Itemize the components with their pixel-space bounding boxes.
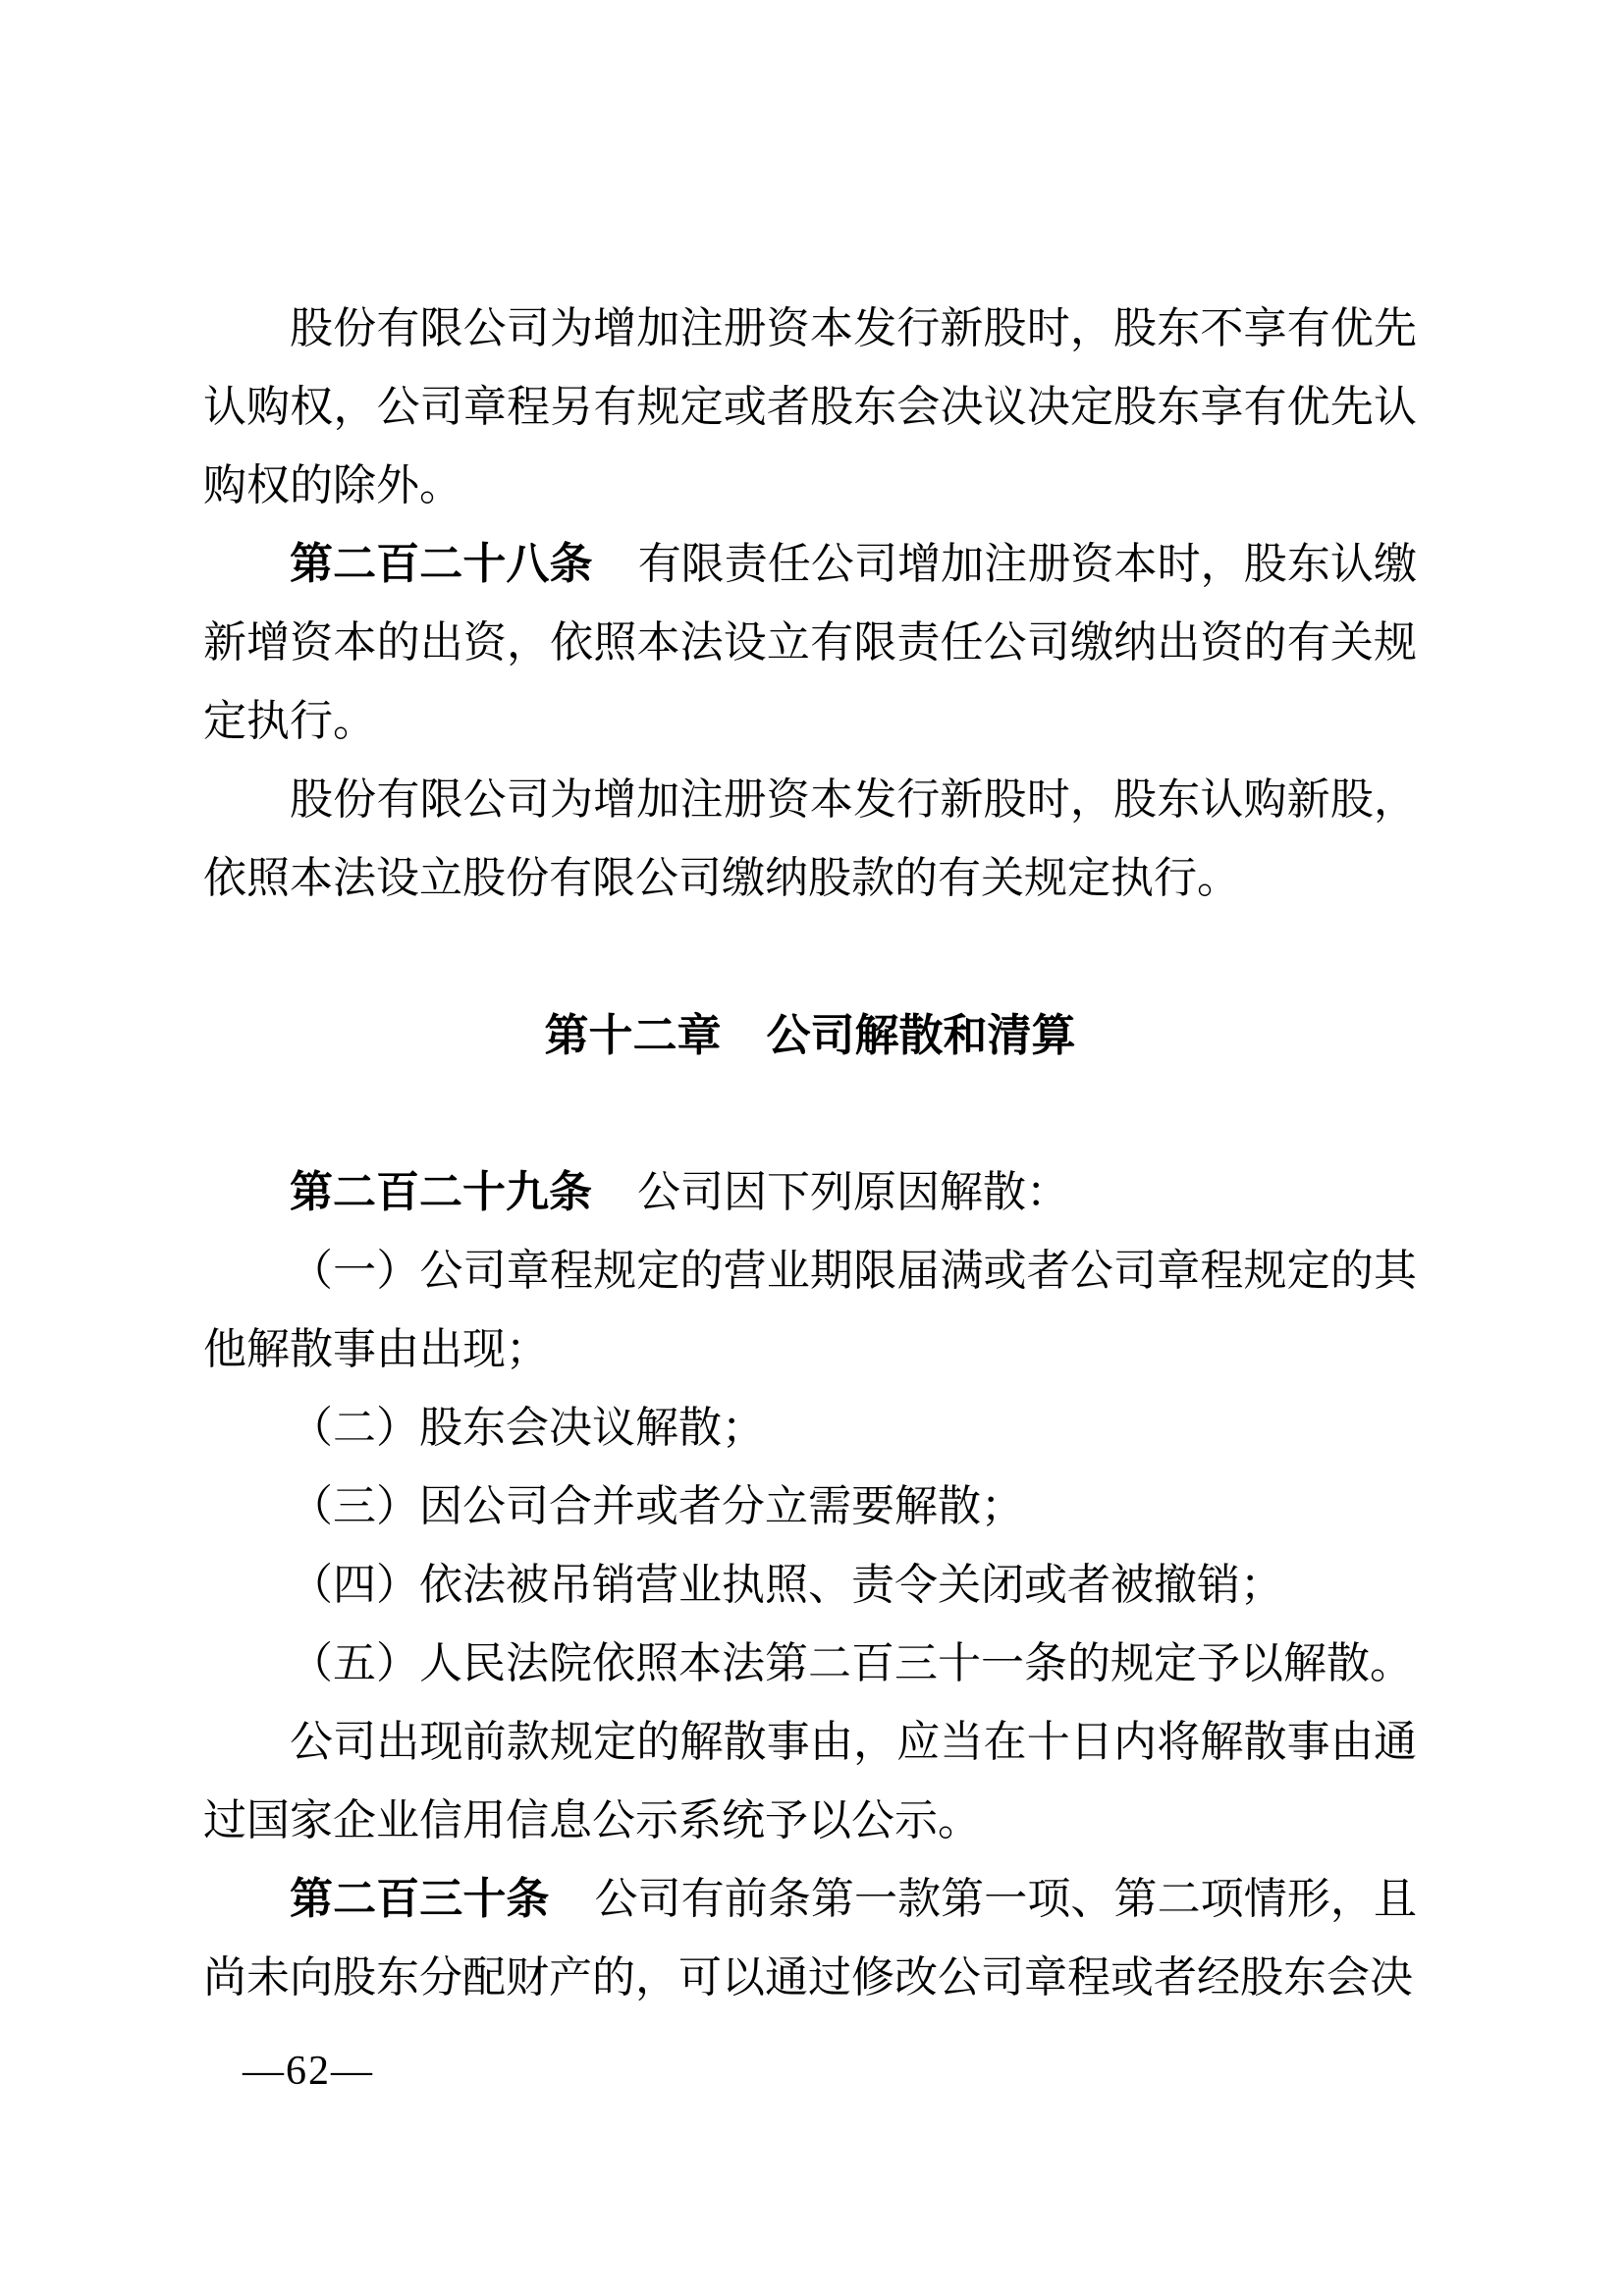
dissolution-item-3: （三）因公司合并或者分立需要解散； [203, 1468, 1417, 1546]
chapter-heading: 第十二章公司解散和清算 [203, 996, 1417, 1075]
article-229-number: 第二百二十九条 [290, 1168, 592, 1216]
paragraph-new-shares: 股份有限公司为增加注册资本发行新股时，股东认购新股，依照本法设立股份有限公司缴纳… [203, 761, 1417, 918]
dissolution-item-2: （二）股东会决议解散； [203, 1389, 1417, 1468]
paragraph-article-228: 第二百二十八条有限责任公司增加注册资本时，股东认缴新增资本的出资，依照本法设立有… [203, 525, 1417, 761]
document-body: 股份有限公司为增加注册资本发行新股时，股东不享有优先认购权，公司章程另有规定或者… [203, 290, 1417, 2017]
article-230-number: 第二百三十条 [290, 1875, 550, 1923]
paragraph-article-230: 第二百三十条公司有前条第一款第一项、第二项情形，且尚未向股东分配财产的，可以通过… [203, 1860, 1417, 2017]
paragraph-preferential-rights: 股份有限公司为增加注册资本发行新股时，股东不享有优先认购权，公司章程另有规定或者… [203, 290, 1417, 525]
dissolution-item-4: （四）依法被吊销营业执照、责令关闭或者被撤销； [203, 1546, 1417, 1625]
dissolution-item-5: （五）人民法院依照本法第二百三十一条的规定予以解散。 [203, 1625, 1417, 1703]
document-page: 股份有限公司为增加注册资本发行新股时，股东不享有优先认购权，公司章程另有规定或者… [0, 0, 1624, 2296]
page-number: —62— [243, 2048, 374, 2095]
paragraph-publicity: 公司出现前款规定的解散事由，应当在十日内将解散事由通过国家企业信用信息公示系统予… [203, 1703, 1417, 1860]
article-229-text: 公司因下列原因解散： [637, 1168, 1069, 1216]
chapter-title: 公司解散和清算 [767, 1010, 1076, 1060]
chapter-number: 第十二章 [544, 1010, 721, 1060]
paragraph-article-229: 第二百二十九条公司因下列原因解散： [203, 1153, 1417, 1232]
dissolution-item-1: （一）公司章程规定的营业期限届满或者公司章程规定的其他解散事由出现； [203, 1232, 1417, 1389]
article-228-number: 第二百二十八条 [290, 540, 593, 588]
